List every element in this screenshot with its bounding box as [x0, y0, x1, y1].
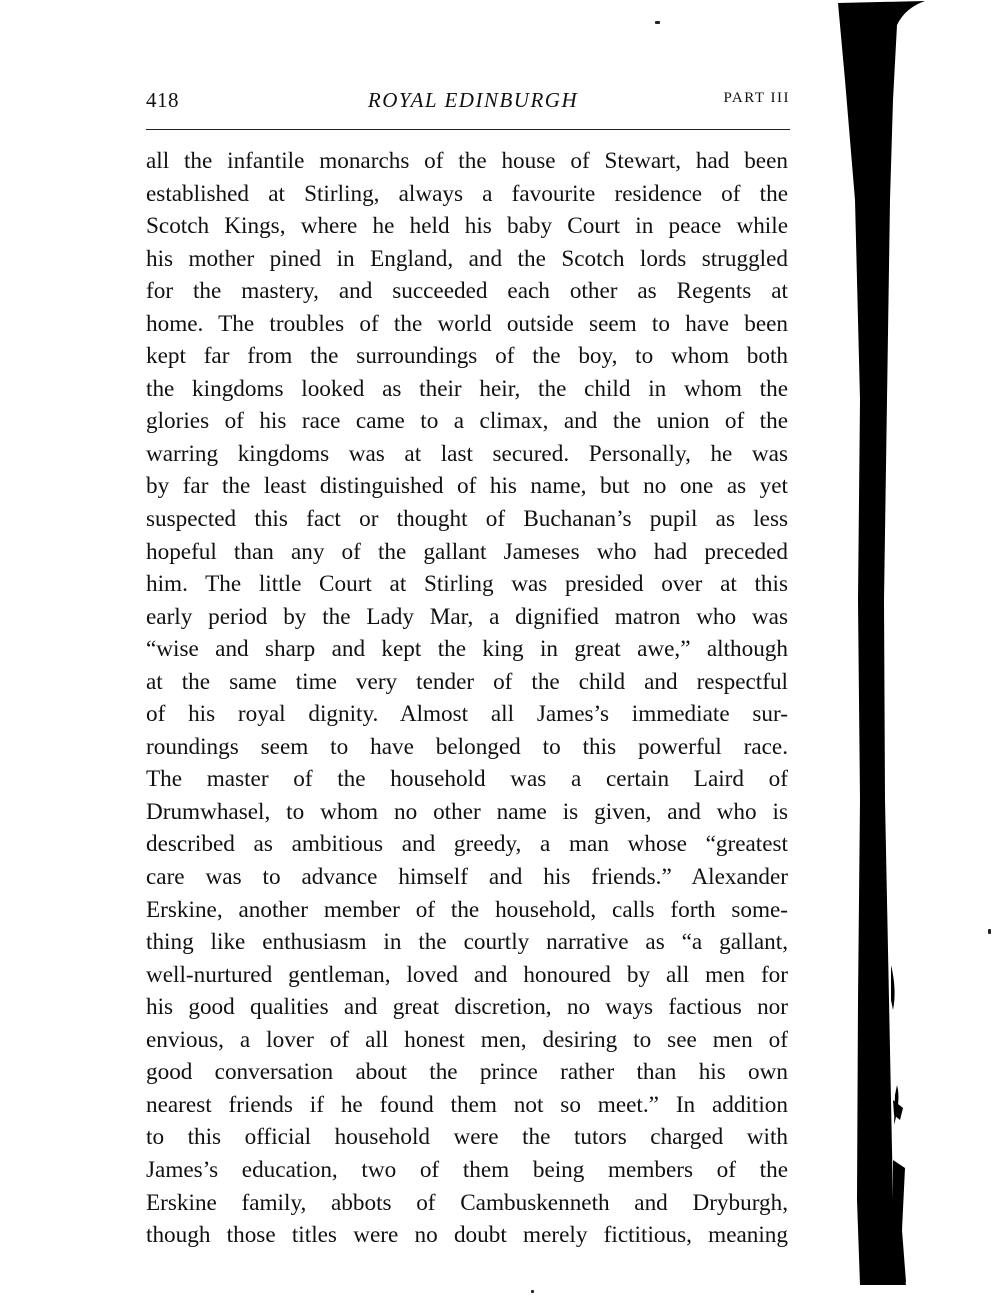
text-line: Erskine, another member of the household…	[146, 894, 788, 927]
running-head: 418 ROYAL EDINBURGH PART III	[146, 88, 790, 114]
text-line: envious, a lover of all honest men, desi…	[146, 1024, 788, 1057]
text-line: warring kingdoms was at last secured. Pe…	[146, 438, 788, 471]
text-line: Erskine family, abbots of Cambuskenneth …	[146, 1187, 788, 1220]
text-line: described as ambitious and greedy, a man…	[146, 828, 788, 861]
text-line: all the infantile monarchs of the house …	[146, 145, 788, 178]
text-line: established at Stirling, always a favour…	[146, 178, 788, 211]
part-label: PART III	[723, 90, 790, 107]
text-line: at the same time very tender of the chil…	[146, 666, 788, 699]
header-rule-divider	[146, 129, 790, 130]
text-line: though those titles were no doubt merely…	[146, 1219, 788, 1252]
text-line: thing like enthusiasm in the courtly nar…	[146, 926, 788, 959]
scan-speck	[655, 21, 660, 24]
text-line: by far the least distinguished of his na…	[146, 470, 788, 503]
text-line: for the mastery, and succeeded each othe…	[146, 275, 788, 308]
text-line: nearest friends if he found them not so …	[146, 1089, 788, 1122]
text-line: him. The little Court at Stirling was pr…	[146, 568, 788, 601]
text-line: Scotch Kings, where he held his baby Cou…	[146, 210, 788, 243]
text-line: his good qualities and great discretion,…	[146, 991, 788, 1024]
text-line: glories of his race came to a climax, an…	[146, 405, 788, 438]
text-line: The master of the household was a certai…	[146, 763, 788, 796]
text-line: early period by the Lady Mar, a dignifie…	[146, 601, 788, 634]
text-line: kept far from the surroundings of the bo…	[146, 340, 788, 373]
text-line: care was to advance himself and his frie…	[146, 861, 788, 894]
text-line: well-nurtured gentleman, loved and honou…	[146, 959, 788, 992]
text-line: roundings seem to have belonged to this …	[146, 731, 788, 764]
scan-speck	[988, 929, 991, 934]
body-text: all the infantile monarchs of the house …	[146, 145, 788, 1252]
text-line: “wise and sharp and kept the king in gre…	[146, 633, 788, 666]
text-line: James’s education, two of them being mem…	[146, 1154, 788, 1187]
text-line: good conversation about the prince rathe…	[146, 1056, 788, 1089]
scan-speck	[531, 1290, 534, 1293]
book-page: 418 ROYAL EDINBURGH PART III all the inf…	[0, 0, 1000, 1305]
text-line: to this official household were the tuto…	[146, 1121, 788, 1154]
text-line: Drumwhasel, to whom no other name is giv…	[146, 796, 788, 829]
text-line: suspected this fact or thought of Buchan…	[146, 503, 788, 536]
text-line: hopeful than any of the gallant Jameses …	[146, 536, 788, 569]
text-line: of his royal dignity. Almost all James’s…	[146, 698, 788, 731]
text-line: the kingdoms looked as their heir, the c…	[146, 373, 788, 406]
book-title: ROYAL EDINBURGH	[146, 88, 790, 113]
text-line: his mother pined in England, and the Sco…	[146, 243, 788, 276]
text-line: home. The troubles of the world outside …	[146, 308, 788, 341]
